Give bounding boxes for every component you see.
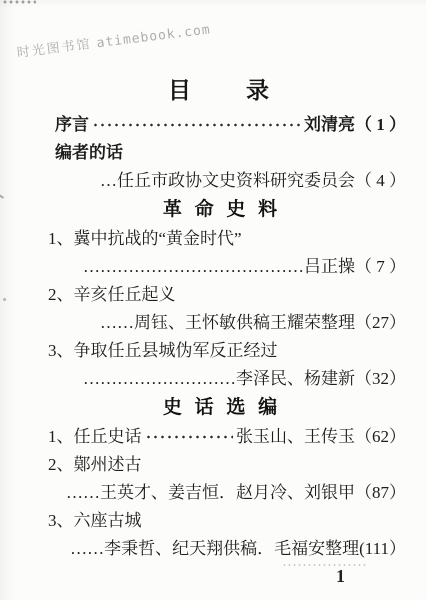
toc-entry: ………………………李泽民、杨建新（32）	[26, 365, 406, 393]
toc-entry: ……李秉哲、纪天翔供稿．毛福安整理(111）	[26, 535, 406, 563]
entry-author-page: 张玉山、王传玉（62）	[236, 423, 406, 451]
watermark: 时光图书馆 atimebook.com	[16, 18, 212, 61]
toc-entry: 3、六座古城	[48, 507, 406, 535]
watermark-site-url: atimebook.com	[96, 22, 212, 51]
entry-author-page: 刘清亮（ 1 ）	[304, 111, 406, 139]
toc-entry: 1、冀中抗战的“黄金时代”	[48, 225, 406, 253]
toc-entry: 3、争取任丘县城伪军反正经过	[48, 337, 406, 365]
section-heading: 革 命 史 料	[26, 195, 406, 225]
section-heading: 史 话 选 编	[26, 393, 406, 423]
toc-entry: …………………………………吕正操（ 7 ）	[26, 253, 406, 281]
page-title: 目 录	[0, 72, 426, 105]
scan-artifact-top-left	[2, 0, 36, 4]
dot-leader	[145, 423, 234, 451]
toc-entry: 序言刘清亮（ 1 ）	[55, 111, 406, 139]
entry-title: 序言	[55, 111, 89, 139]
table-of-contents: 序言刘清亮（ 1 ）编者的话…任丘市政协文史资料研究委员会（ 4 ）革 命 史 …	[0, 111, 426, 563]
page-number: 1	[336, 566, 345, 587]
entry-title: 1、任丘史话	[48, 423, 142, 451]
toc-entry: ……周钰、王怀敏供稿王耀荣整理（27）	[26, 309, 406, 337]
toc-entry: 2、辛亥任丘起义	[48, 281, 406, 309]
scan-artifact-bottom-smudge	[282, 564, 368, 566]
toc-entry: …任丘市政协文史资料研究委员会（ 4 ）	[26, 167, 406, 195]
dot-leader	[92, 111, 301, 139]
toc-entry: ……王英才、姜吉恒．赵月冷、刘银甲（87）	[26, 479, 406, 507]
watermark-library-name: 时光图书馆	[16, 36, 92, 60]
toc-entry: 2、鄚州述古	[48, 451, 406, 479]
toc-entry: 编者的话	[55, 139, 406, 167]
toc-entry: 1、任丘史话张玉山、王传玉（62）	[48, 423, 406, 451]
